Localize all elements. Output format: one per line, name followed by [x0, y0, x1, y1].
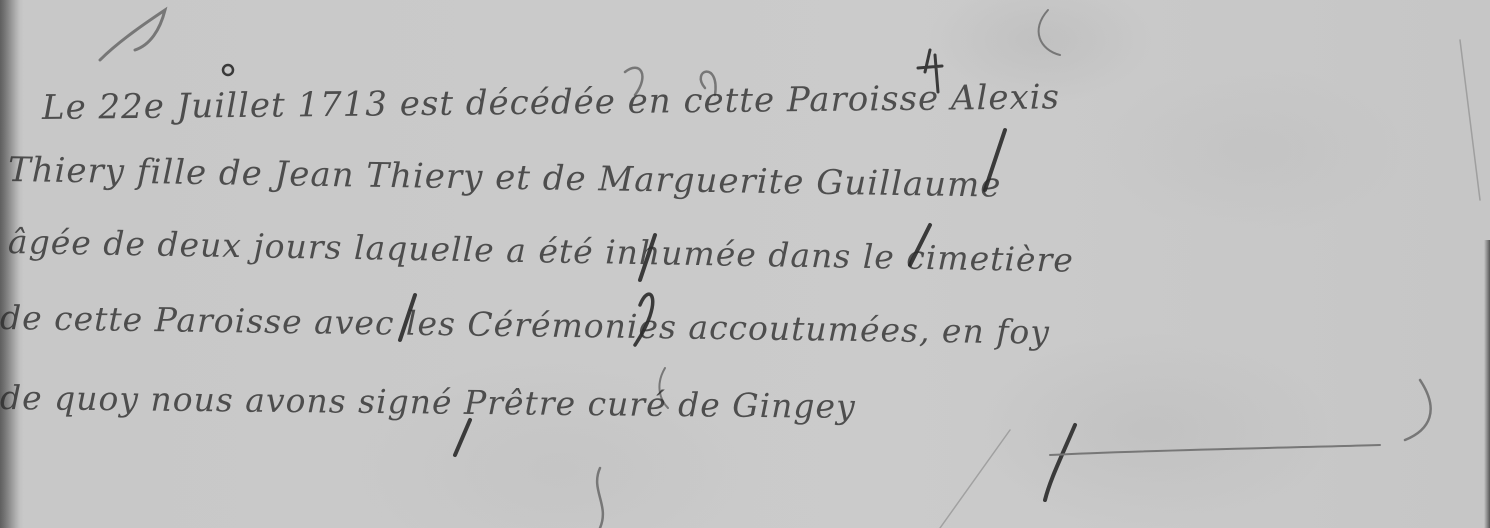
page-edge: [1484, 240, 1490, 528]
binding-shadow: [0, 0, 20, 528]
register-line-1: Le 22e Juillet 1713 est décédée en cette…: [42, 77, 1060, 128]
register-line-4: de cette Paroisse avec les Cérémonies ac…: [0, 298, 1050, 352]
manuscript-page: Le 22e Juillet 1713 est décédée en cette…: [0, 0, 1490, 528]
register-line-3: âgée de deux jours laquelle a été inhumé…: [8, 222, 1075, 280]
register-line-2: Thiery fille de Jean Thiery et de Margue…: [8, 150, 1002, 206]
register-line-5: de quoy nous avons signé Prêtre curé de …: [0, 378, 856, 426]
